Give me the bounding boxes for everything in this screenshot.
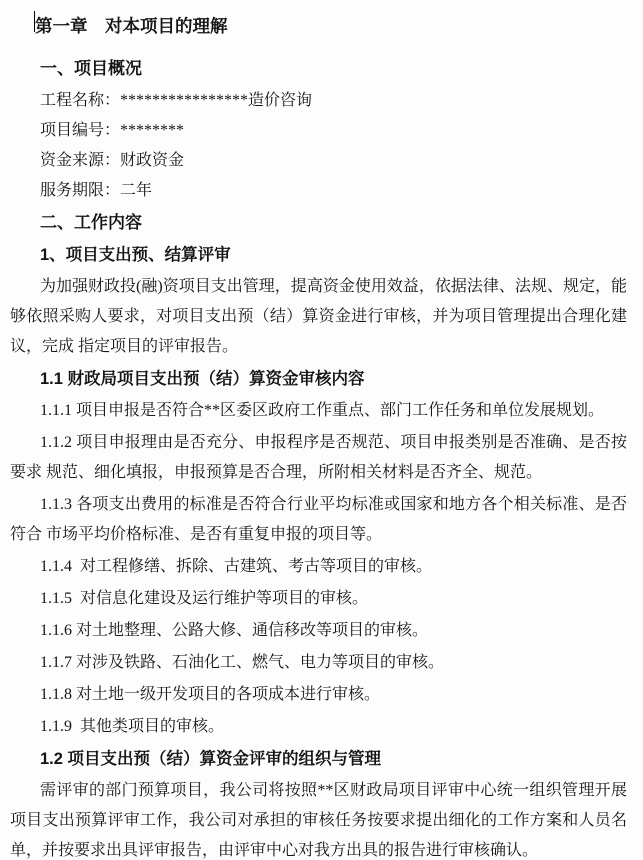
review-item-1-1-5: 1.1.5 对信息化建设及运行维护等项目的审核。: [10, 584, 627, 614]
review-item-1-1-1: 1.1.1 项目申报是否符合**区委区政府工作重点、部门工作任务和单位发展规划。: [10, 396, 627, 426]
paragraph-intro: 为加强财政投(融)资项目支出管理，提高资金使用效益，依据法律、法规、规定，能够依…: [10, 272, 627, 362]
review-item-1-1-3: 1.1.3 各项支出费用的标准是否符合行业平均标准或国家和地方各个相关标准、是否…: [10, 490, 627, 550]
field-label: 资金来源：: [40, 152, 120, 169]
review-item-1-1-8: 1.1.8 对土地一级开发项目的各项成本进行审核。: [10, 680, 627, 710]
review-item-1-1-7: 1.1.7 对涉及铁路、石油化工、燃气、电力等项目的审核。: [10, 648, 627, 678]
field-value: ****************造价咨询: [120, 92, 312, 109]
subsection-heading-1-2: 1.2 项目支出预（结）算资金评审的组织与管理: [10, 744, 627, 774]
field-project-name: 工程名称：****************造价咨询: [10, 86, 627, 116]
review-item-1-1-9: 1.1.9 其他类项目的审核。: [10, 712, 627, 742]
subsection-heading-budget-review: 1、项目支出预、结算评审: [10, 240, 627, 270]
document-page[interactable]: 第一章 对本项目的理解 一、项目概况 工程名称：****************…: [0, 0, 643, 860]
field-funding-source: 资金来源：财政资金: [10, 146, 627, 176]
subsection-heading-1-1: 1.1 财政局项目支出预（结）算资金审核内容: [10, 364, 627, 394]
field-service-term: 服务期限：二年: [10, 176, 627, 206]
field-value: ********: [120, 122, 184, 139]
text-cursor: [34, 11, 35, 32]
section-heading-work-content: 二、工作内容: [10, 208, 627, 238]
field-value: 二年: [120, 182, 152, 199]
chapter-heading: 第一章 对本项目的理解: [10, 10, 627, 42]
field-label: 工程名称：: [40, 92, 120, 109]
field-value: 财政资金: [120, 152, 184, 169]
field-label: 项目编号：: [40, 122, 120, 139]
field-project-number: 项目编号：********: [10, 116, 627, 146]
review-item-1-1-2: 1.1.2 项目申报理由是否充分、申报程序是否规范、项目申报类别是否准确、是否按…: [10, 428, 627, 488]
review-item-1-1-4: 1.1.4 对工程修缮、拆除、古建筑、考古等项目的审核。: [10, 552, 627, 582]
review-item-1-1-6: 1.1.6 对土地整理、公路大修、通信移改等项目的审核。: [10, 616, 627, 646]
paragraph-organization: 需评审的部门预算项目，我公司将按照**区财政局项目评审中心统一组织管理开展项目支…: [10, 776, 627, 860]
field-label: 服务期限：: [40, 182, 120, 199]
section-heading-overview: 一、项目概况: [10, 54, 627, 84]
